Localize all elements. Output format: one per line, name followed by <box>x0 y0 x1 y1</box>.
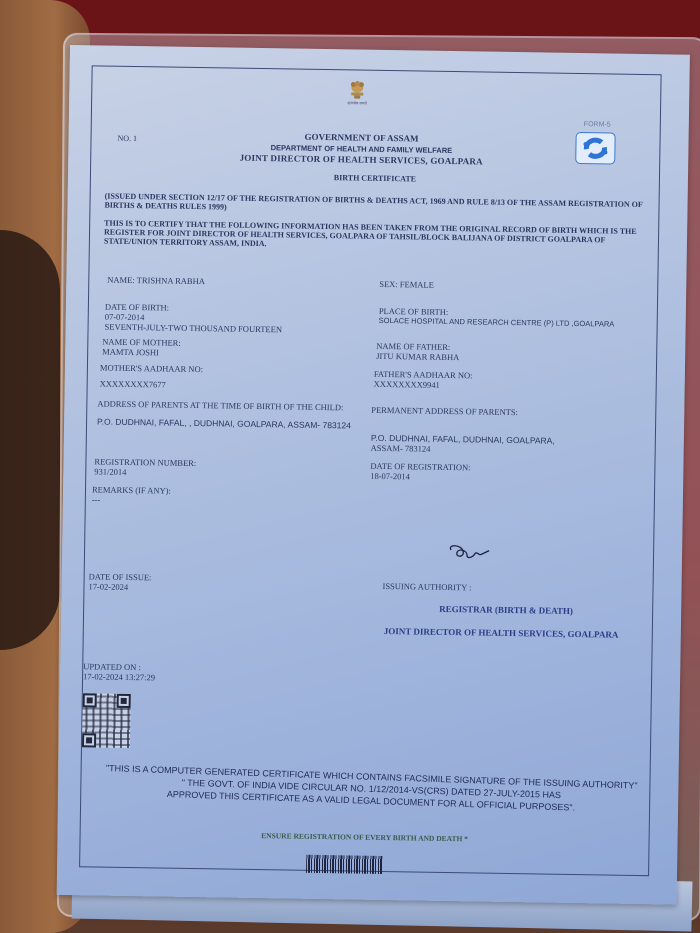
updated-value: 17-02-2024 13:27:29 <box>83 671 155 682</box>
registration-slogan: ENSURE REGISTRATION OF EVERY BIRTH AND D… <box>81 828 649 846</box>
certificate-border: सत्यमेव जयते NO. 1 GOVERNMENT OF ASSAM D… <box>79 65 662 876</box>
authority-office: JOINT DIRECTOR OF HEALTH SERVICES, GOALP… <box>384 626 619 640</box>
serial-number: NO. 1 <box>117 134 137 143</box>
place-of-birth: PLACE OF BIRTH: SOLACE HOSPITAL AND RESE… <box>379 306 615 330</box>
reg-no-value: 931/2014 <box>94 466 196 478</box>
remarks: REMARKS (IF ANY): --- <box>92 484 171 505</box>
certification-text: THIS IS TO CERTIFY THAT THE FOLLOWING IN… <box>104 219 644 254</box>
issue-date-value: 17-02-2024 <box>88 581 151 592</box>
issuer-header: GOVERNMENT OF ASSAM DEPARTMENT OF HEALTH… <box>211 130 511 168</box>
crs-logo <box>575 132 615 165</box>
father-aadhaar: FATHER'S AADHAAR NO: XXXXXXXX9941 <box>374 369 473 391</box>
father-value: JITU KUMAR RABHA <box>376 351 459 362</box>
permanent-address: PERMANENT ADDRESS OF PARENTS: P.O. DUDHN… <box>371 405 556 456</box>
issued-under-text: (ISSUED UNDER SECTION 12/17 OF THE REGIS… <box>104 192 644 218</box>
crs-logo-icon <box>581 137 609 159</box>
qr-corner <box>117 694 131 708</box>
national-emblem-icon <box>347 78 367 100</box>
updated-on: UPDATED ON : 17-02-2024 13:27:29 <box>83 661 155 682</box>
birth-address-label: ADDRESS OF PARENTS AT THE TIME OF BIRTH … <box>97 398 351 412</box>
issuing-authority-label: ISSUING AUTHORITY : <box>382 581 471 592</box>
qr-corner <box>83 693 97 707</box>
shadow-background <box>0 230 60 650</box>
birth-certificate: सत्यमेव जयते NO. 1 GOVERNMENT OF ASSAM D… <box>57 45 690 905</box>
certificate-title: BIRTH CERTIFICATE <box>91 169 659 187</box>
qr-code <box>82 693 131 748</box>
barcode <box>306 855 382 874</box>
birth-address: ADDRESS OF PARENTS AT THE TIME OF BIRTH … <box>97 398 351 430</box>
remarks-label: REMARKS (IF ANY): <box>92 484 171 495</box>
dob-words: SEVENTH-JULY-TWO THOUSAND FOURTEEN <box>105 322 283 335</box>
date-of-birth: DATE OF BIRTH: 07-07-2014 SEVENTH-JULY-T… <box>105 302 283 335</box>
birth-address-value: P.O. DUDHNAI, FAFAL, , DUDHNAI, GOALPARA… <box>97 416 351 430</box>
father-name: NAME OF FATHER: JITU KUMAR RABHA <box>376 341 459 362</box>
mother-value: MAMTA JOSHI <box>102 347 181 358</box>
reg-date-value: 18-07-2014 <box>370 471 470 483</box>
father-aadhaar-value: XXXXXXXX9941 <box>374 379 473 391</box>
signature-icon <box>445 542 505 565</box>
child-name: NAME: TRISHNA RABHA <box>107 275 205 287</box>
form-number: FORM-5 <box>584 121 611 128</box>
mother-aadhaar: MOTHER'S AADHAAR NO: XXXXXXXX7677 <box>100 363 203 391</box>
registrar-title: REGISTRAR (BIRTH & DEATH) <box>439 604 573 616</box>
mother-name: NAME OF MOTHER: MAMTA JOSHI <box>102 337 181 358</box>
date-of-issue: DATE OF ISSUE: 17-02-2024 <box>88 571 151 592</box>
disclaimer: "THIS IS A COMPUTER GENERATED CERTIFICAT… <box>91 762 652 817</box>
mother-aadhaar-value: XXXXXXXX7677 <box>100 379 203 391</box>
emblem-caption: सत्यमेव जयते <box>332 100 382 107</box>
qr-corner <box>82 733 96 747</box>
mother-aadhaar-label: MOTHER'S AADHAAR NO: <box>100 363 203 375</box>
remarks-value: --- <box>92 494 171 505</box>
registration-number: REGISTRATION NUMBER: 931/2014 <box>94 456 196 478</box>
child-sex: SEX: FEMALE <box>379 279 434 290</box>
permanent-address-label: PERMANENT ADDRESS OF PARENTS: <box>371 405 555 418</box>
registration-date: DATE OF REGISTRATION: 18-07-2014 <box>370 461 470 483</box>
